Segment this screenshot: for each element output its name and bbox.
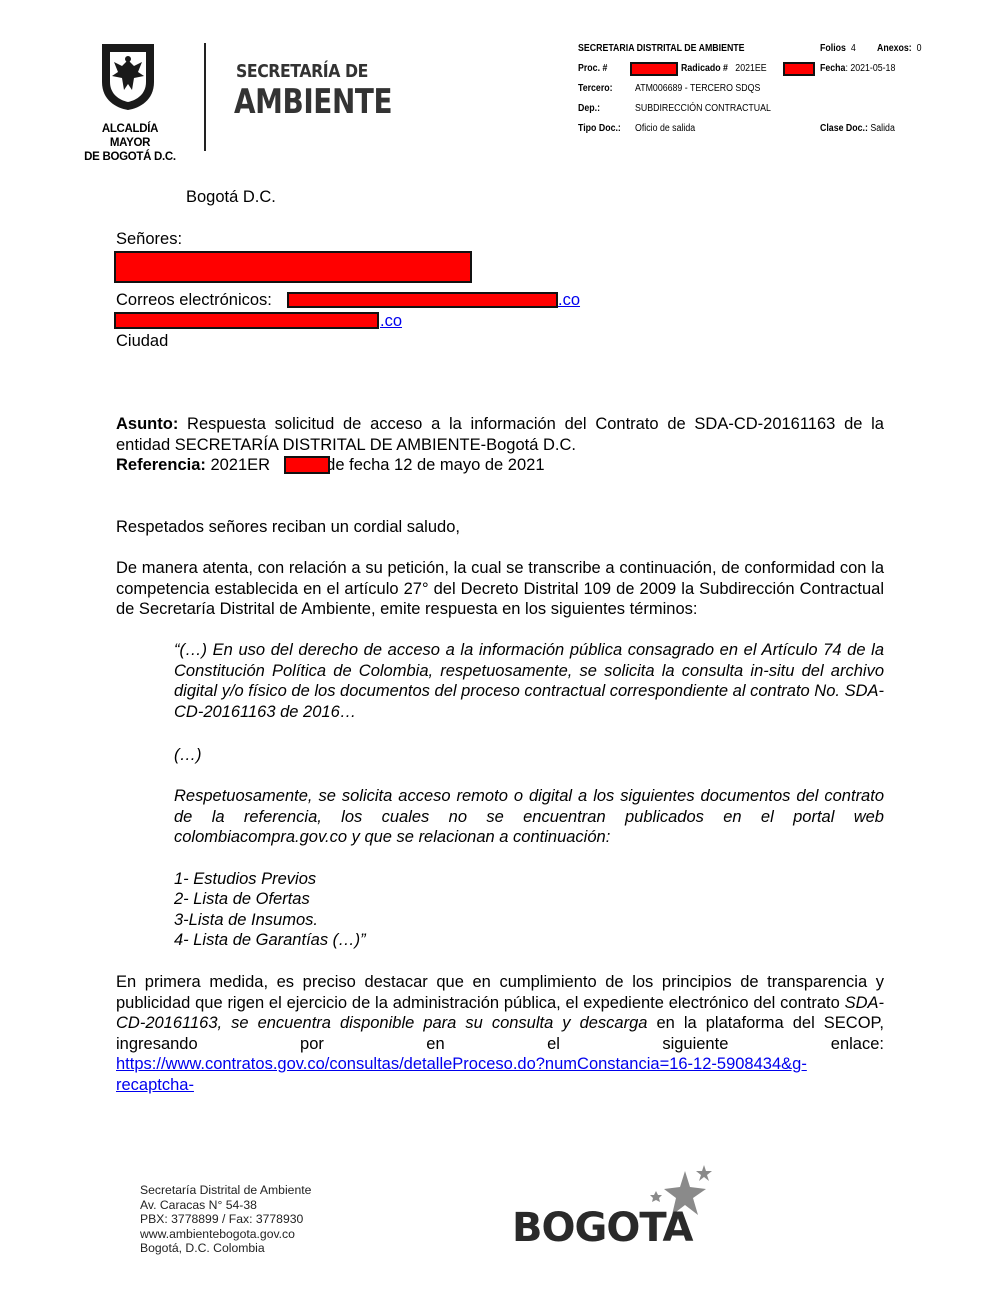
footer-line: Secretaría Distrital de Ambiente	[140, 1183, 311, 1198]
anexos: Anexos: 0	[877, 43, 922, 54]
city-line: Bogotá D.C.	[186, 187, 276, 208]
redaction-email-2	[114, 312, 379, 329]
footer-line: Av. Caracas N° 54-38	[140, 1198, 311, 1213]
emails-label: Correos electrónicos:	[116, 290, 272, 311]
tipo-doc-value: Oficio de salida	[635, 123, 695, 134]
redaction-radicado	[783, 62, 815, 76]
folios: Folios 4	[820, 43, 856, 54]
quote-list-item: 2- Lista de Ofertas	[174, 889, 884, 910]
alcaldia-line-1: ALCALDÍA MAYOR	[84, 122, 176, 150]
tercero-label: Tercero:	[578, 83, 613, 94]
quote-list-item: 3-Lista de Insumos.	[174, 910, 884, 931]
alcaldia-crest-icon	[100, 42, 156, 112]
clase-doc: Clase Doc.: Salida	[820, 123, 895, 134]
redaction-recipient-name	[114, 251, 472, 283]
tercero-value: ATM006689 - TERCERO SDQS	[635, 83, 760, 94]
radicado-entity: SECRETARIA DISTRITAL DE AMBIENTE	[578, 43, 745, 54]
redaction-referencia	[284, 456, 330, 474]
fecha: Fecha: 2021-05-18	[820, 63, 895, 74]
quote-paragraph-2: Respetuosamente, se solicita acceso remo…	[174, 786, 884, 848]
header-divider	[204, 43, 206, 151]
dep-value: SUBDIRECCIÓN CONTRACTUAL	[635, 103, 771, 114]
secretaria-title-line-2: AMBIENTE	[234, 82, 392, 122]
referencia: Referencia: 2021ER- de fecha 12 de mayo …	[116, 455, 545, 476]
redaction-email-1	[287, 292, 558, 308]
quote-list-item: 4- Lista de Garantías (…)”	[174, 930, 884, 951]
quote-paragraph-1: “(…) En uso del derecho de acceso a la i…	[174, 640, 884, 722]
footer-line: PBX: 3778899 / Fax: 3778930	[140, 1212, 311, 1227]
salutation-to: Señores:	[116, 229, 182, 250]
greeting: Respetados señores reciban un cordial sa…	[116, 517, 884, 538]
email-2-link[interactable]: .co	[380, 311, 402, 332]
asunto: Asunto: Respuesta solicitud de acceso a …	[116, 414, 884, 455]
secop-link[interactable]: https://www.contratos.gov.co/consultas/d…	[116, 1054, 807, 1075]
redaction-proc	[630, 62, 678, 76]
quote-ellipsis: (…)	[174, 745, 884, 766]
alcaldia-label: ALCALDÍA MAYOR DE BOGOTÁ D.C.	[84, 122, 176, 164]
secretaria-title-line-1: SECRETARÍA DE	[236, 62, 368, 82]
secop-link-continued[interactable]: recaptcha-	[116, 1075, 194, 1096]
footer-line: www.ambientebogota.gov.co	[140, 1227, 311, 1242]
response-paragraph: En primera medida, es preciso destacar q…	[116, 972, 884, 1054]
bogota-logo: BOGOTA	[512, 1205, 692, 1251]
tipo-doc-label: Tipo Doc.:	[578, 123, 621, 134]
radicado-number: Radicado # 2021EE	[681, 63, 767, 74]
proc-label: Proc. #	[578, 63, 607, 74]
intro-paragraph: De manera atenta, con relación a su peti…	[116, 558, 884, 620]
footer-address: Secretaría Distrital de Ambiente Av. Car…	[140, 1183, 311, 1256]
dep-label: Dep.:	[578, 103, 600, 114]
email-1-link[interactable]: .co	[558, 290, 580, 311]
footer-line: Bogotá, D.C. Colombia	[140, 1241, 311, 1256]
alcaldia-line-2: DE BOGOTÁ D.C.	[84, 150, 176, 164]
ciudad-line: Ciudad	[116, 331, 168, 352]
quote-list-item: 1- Estudios Previos	[174, 869, 884, 890]
